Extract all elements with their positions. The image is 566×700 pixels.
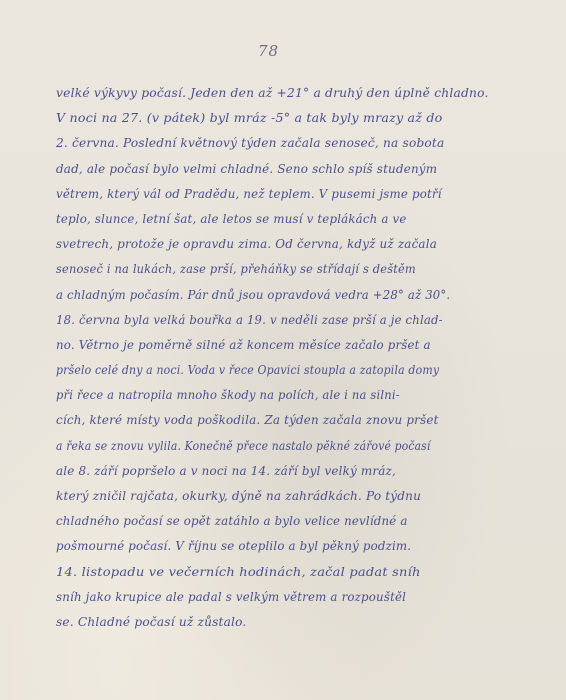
text-line: svetrech, protože je opravdu zima. Od če… [56, 231, 478, 256]
text-line: se. Chladné počasí už zůstalo. [56, 609, 487, 634]
text-line: velké výkyvy počasí. Jeden den až +21° a… [56, 80, 492, 105]
text-line: 18. června byla velká bouřka a 19. v ned… [56, 307, 470, 332]
handwritten-text-block: velké výkyvy počasí. Jeden den až +21° a… [56, 80, 496, 634]
text-line: no. Větrno je poměrně silné až koncem mě… [56, 332, 474, 357]
text-line: ale 8. září popršelo a v noci na 14. zář… [56, 458, 478, 483]
text-line: chladného počasí se opět zatáhlo a bylo … [56, 508, 474, 533]
text-line: při řece a natropila mnoho škody na polí… [56, 382, 465, 407]
text-line: pršelo celé dny a noci. Voda v řece Opav… [56, 357, 443, 382]
text-line: 14. listopadu ve večerních hodinách, zač… [56, 559, 518, 584]
page-number: 78 [258, 42, 279, 60]
text-line: který zničil rajčata, okurky, dýně na za… [56, 483, 483, 508]
text-line: větrem, který vál od Pradědu, než teplem… [56, 181, 474, 206]
text-line: V noci na 27. (v pátek) byl mráz -5° a t… [56, 105, 505, 130]
handwritten-page: 78 velké výkyvy počasí. Jeden den až +21… [0, 0, 566, 700]
text-line: sníh jako krupice ale padal s velkým vět… [56, 584, 474, 609]
text-line: dad, ale počasí bylo velmi chladné. Seno… [56, 156, 478, 181]
text-line: teplo, slunce, letní šat, ale letos se m… [56, 206, 474, 231]
text-line: 2. června. Poslední květnový týden začal… [56, 130, 487, 155]
text-line: pošmourné počasí. V říjnu se oteplilo a … [56, 533, 474, 558]
text-line: senoseč i na lukách, zase prší, přeháňky… [56, 256, 461, 281]
text-line: cích, které místy voda poškodila. Za týd… [56, 407, 478, 432]
text-line: a chladným počasím. Pár dnů jsou opravdo… [56, 282, 470, 307]
text-line: a řeka se znovu vylila. Konečně přece na… [56, 433, 439, 458]
